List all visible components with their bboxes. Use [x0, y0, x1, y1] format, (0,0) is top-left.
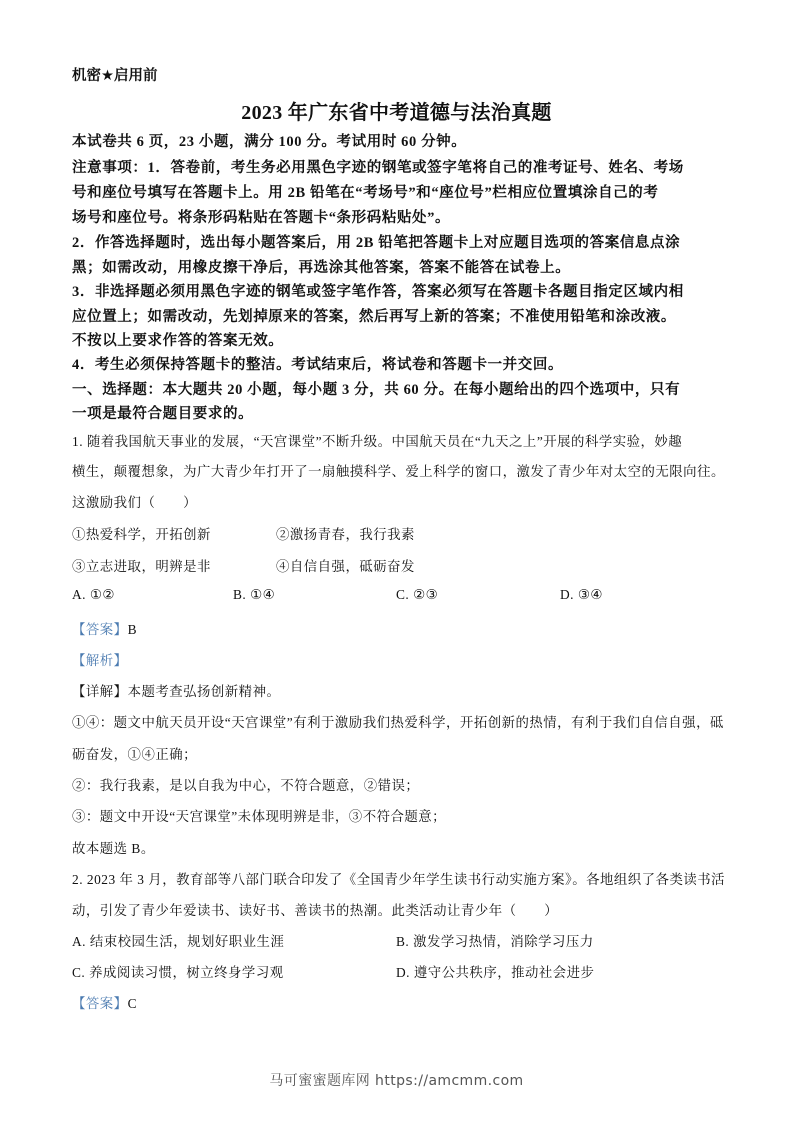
option-d: D. ③④	[560, 587, 603, 603]
instruction-line: 不按以上要求作答的答案无效。	[72, 329, 283, 350]
option-a: A. ①②	[72, 587, 115, 603]
option-c: C. ②③	[396, 587, 438, 603]
exam-summary: 本试卷共 6 页，23 小题，满分 100 分。考试用时 60 分钟。	[72, 130, 466, 151]
analysis-line: ②：我行我素，是以自我为中心，不符合题意，②错误；	[72, 775, 419, 794]
analysis-line: 故本题选 B。	[72, 838, 155, 857]
instruction-line: 黑；如需改动，用橡皮擦干净后，再选涂其他答案，答案不能答在试卷上。	[72, 256, 570, 277]
option-b: B. ①④	[233, 587, 275, 603]
page-title: 2023 年广东省中考道德与法治真题	[0, 96, 793, 125]
instruction-line: 4．考生必须保持答题卡的整洁。考试结束后，将试卷和答题卡一并交回。	[72, 353, 563, 374]
question-stem: 这激励我们（ ）	[72, 492, 197, 511]
question-stem: 1. 随着我国航天事业的发展，“天宫课堂”不断升级。中国航天员在“九天之上”开展…	[72, 431, 682, 450]
detail-intro: 本题考查弘扬创新精神。	[128, 684, 281, 699]
instruction-line: 场号和座位号。将条形码粘贴在答题卡“条形码粘贴处”。	[72, 206, 450, 227]
statement-2: ②激扬青春，我行我素	[276, 524, 415, 543]
statement-1: ①热爱科学，开拓创新	[72, 524, 211, 543]
option-d: D. 遵守公共秩序，推动社会进步	[396, 962, 594, 981]
analysis-line: ③：题文中开设“天宫课堂”未体现明辨是非，③不符合题意；	[72, 806, 446, 825]
watermark-footer: 马可蜜蜜题库网 https://amcmm.com	[0, 1070, 793, 1090]
analysis-row: 【解析】	[72, 650, 128, 669]
statement-3: ③立志进取，明辨是非	[72, 556, 211, 575]
answer-row: 【答案】C	[72, 993, 137, 1012]
instruction-line: 注意事项：1．答卷前，考生务必用黑色字迹的钢笔或签字笔将自己的准考证号、姓名、考…	[72, 156, 684, 177]
answer-tag: 【答案】	[72, 622, 128, 637]
question-stem: 2. 2023 年 3 月，教育部等八部门联合印发了《全国青少年学生读书行动实施…	[72, 869, 725, 888]
exam-page: 机密★启用前 2023 年广东省中考道德与法治真题 本试卷共 6 页，23 小题…	[0, 0, 793, 1122]
instruction-line: 应位置上；如需改动，先划掉原来的答案，然后再写上新的答案；不准使用铅笔和涂改液。	[72, 305, 676, 326]
statement-4: ④自信自强，砥砺奋发	[276, 556, 415, 575]
instruction-line: 2．作答选择题时，选出每小题答案后，用 2B 铅笔把答题卡上对应题目选项的答案信…	[72, 231, 680, 252]
confidential-label: 机密★启用前	[72, 64, 158, 85]
instruction-line: 号和座位号填写在答题卡上。用 2B 铅笔在“考场号”和“座位号”栏相应位置填涂自…	[72, 181, 658, 202]
option-b: B. 激发学习热情，消除学习压力	[396, 931, 594, 950]
question-stem: 横生，颠覆想象，为广大青少年打开了一扇触摸科学、爱上科学的窗口，激发了青少年对太…	[72, 461, 725, 480]
analysis-line: ①④：题文中航天员开设“天宫课堂”有利于激励我们热爱科学，开拓创新的热情，有利于…	[72, 712, 724, 731]
answer-value: B	[128, 622, 137, 637]
answer-value: C	[128, 996, 137, 1011]
analysis-tag: 【解析】	[72, 653, 128, 668]
question-stem: 动，引发了青少年爱读书、读好书、善读书的热潮。此类活动让青少年（ ）	[72, 900, 558, 919]
instruction-line: 3．非选择题必须用黑色字迹的钢笔或签字笔作答，答案必须写在答题卡各题目指定区域内…	[72, 280, 684, 301]
section-heading: 一、选择题：本大题共 20 小题，每小题 3 分，共 60 分。在每小题给出的四…	[72, 378, 680, 399]
detail-tag: 【详解】	[72, 684, 128, 699]
answer-tag: 【答案】	[72, 996, 128, 1011]
option-c: C. 养成阅读习惯，树立终身学习观	[72, 962, 284, 981]
section-heading: 一项是最符合题目要求的。	[72, 402, 253, 423]
answer-row: 【答案】B	[72, 619, 137, 638]
analysis-line: 砺奋发，①④正确；	[72, 744, 197, 763]
option-a: A. 结束校园生活，规划好职业生涯	[72, 931, 284, 950]
detail-row: 【详解】本题考查弘扬创新精神。	[72, 681, 280, 700]
